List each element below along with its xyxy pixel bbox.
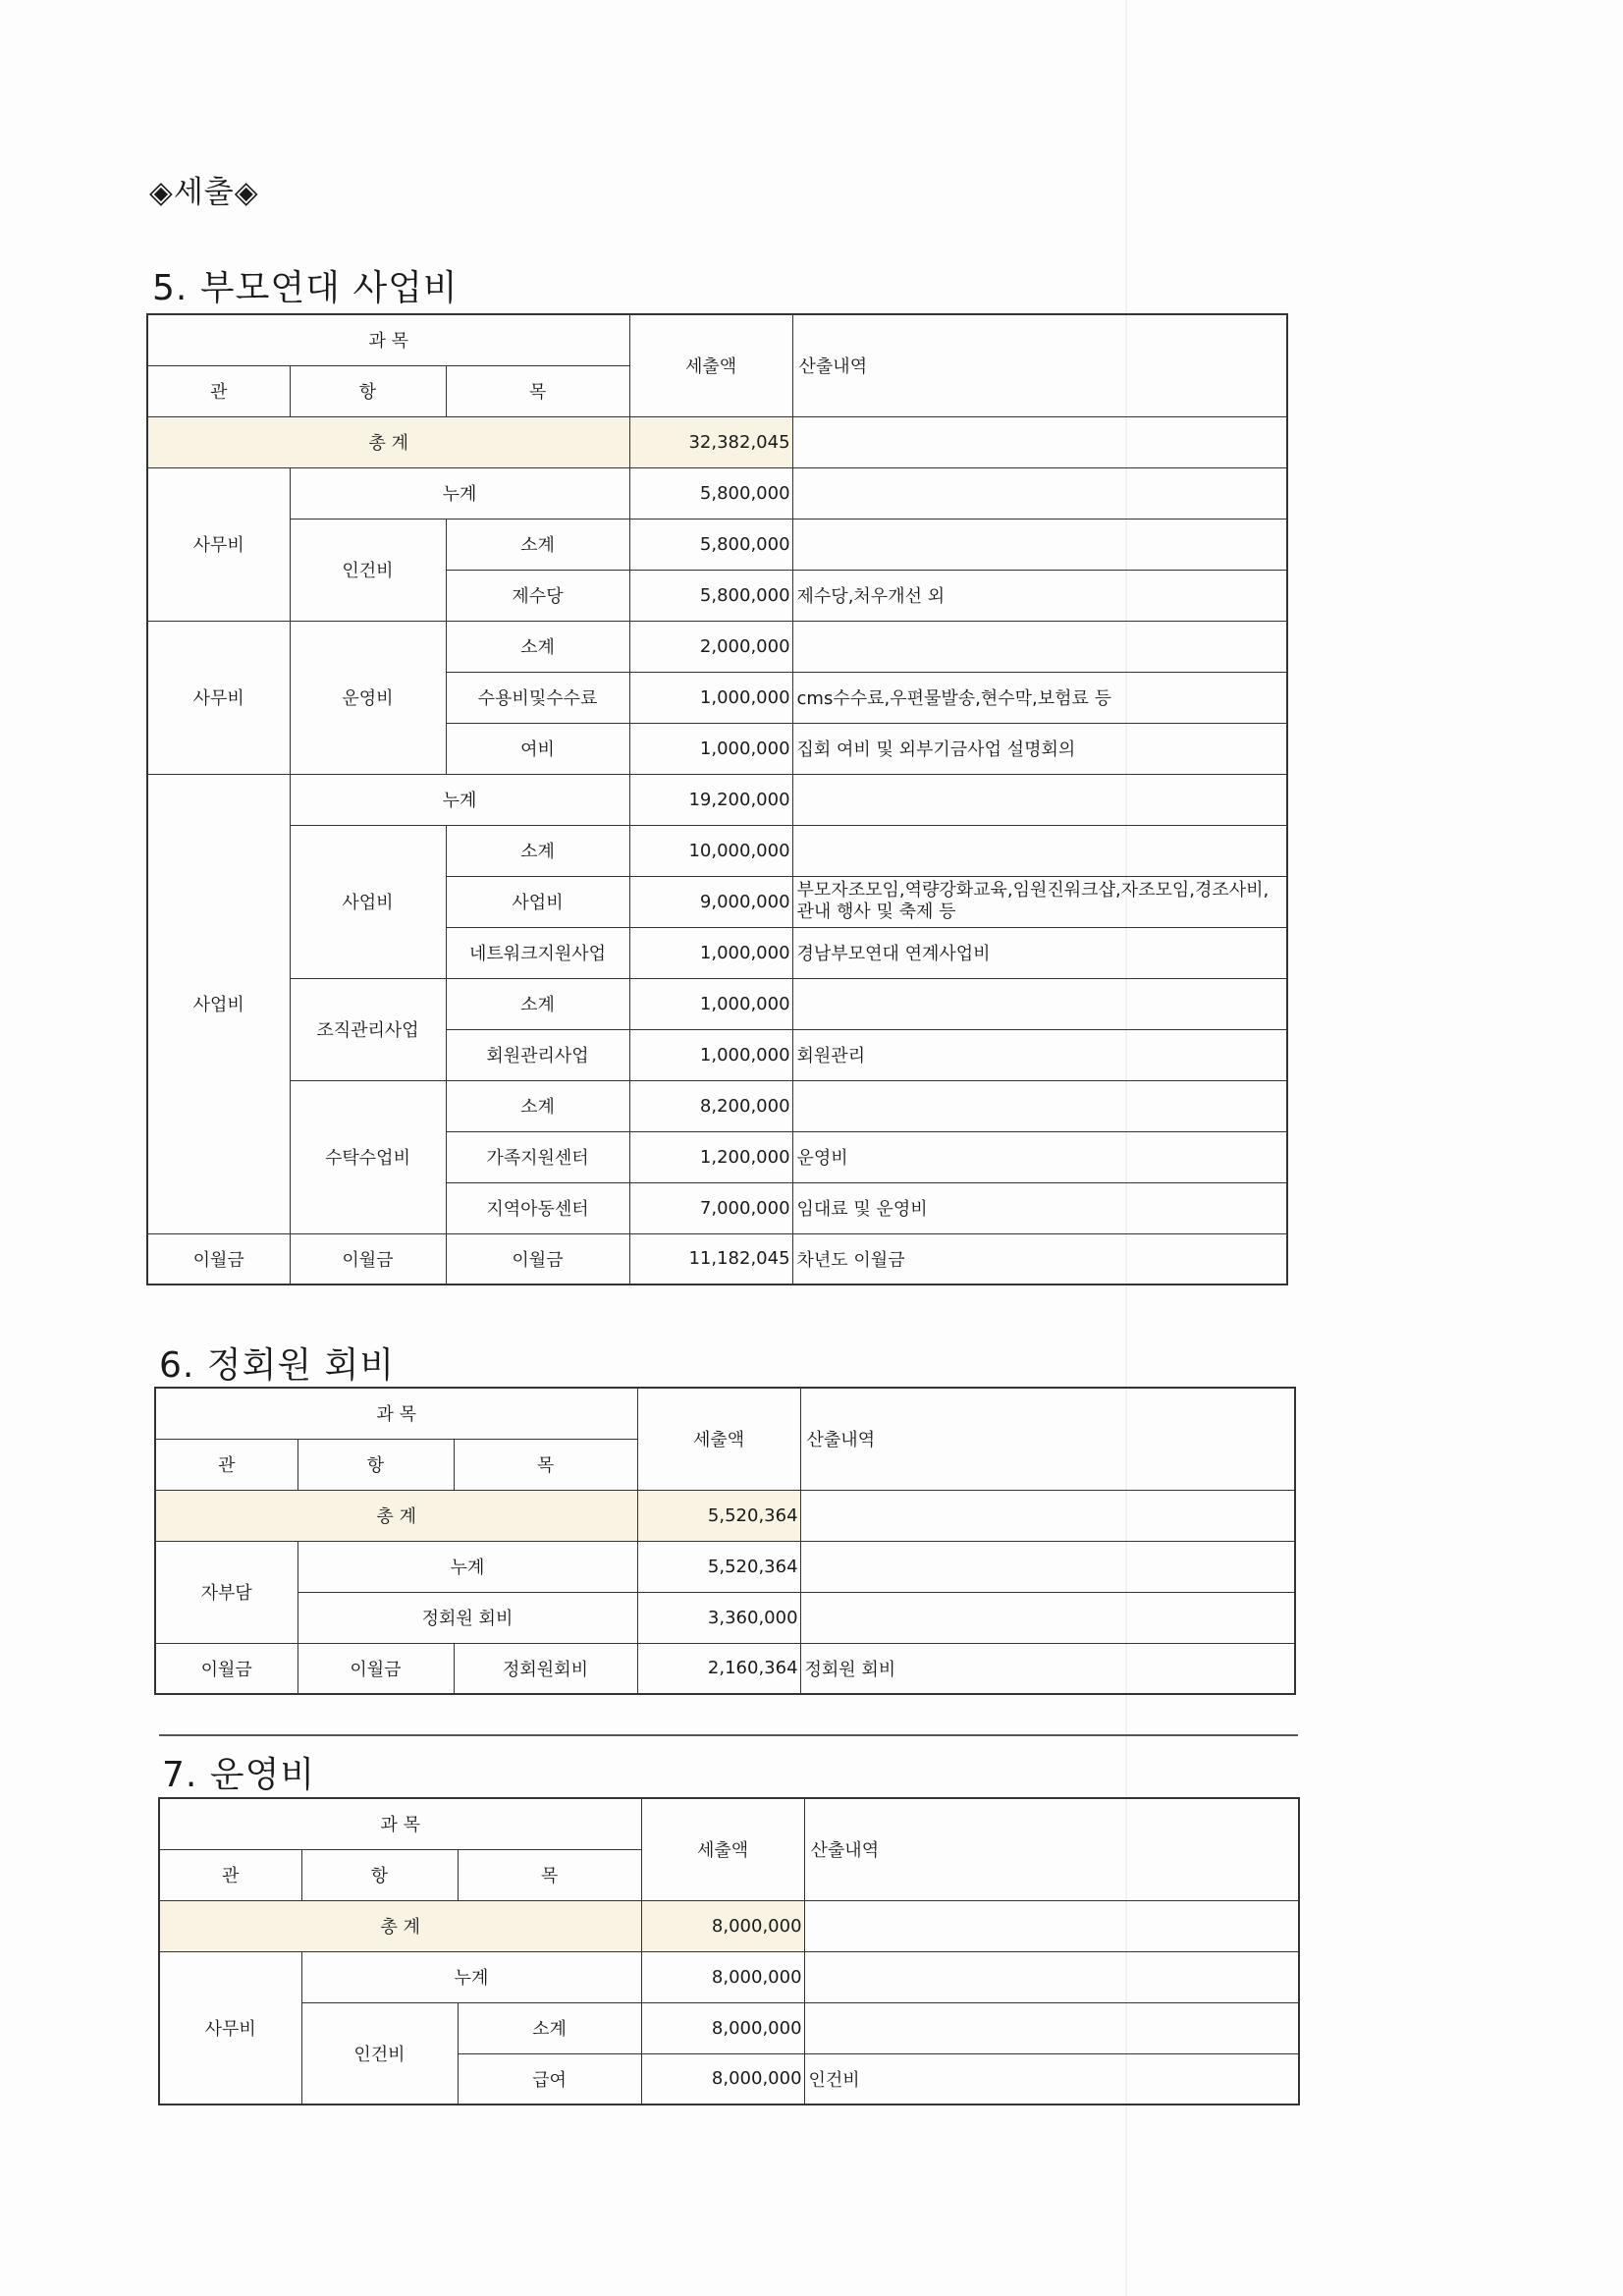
amount-cell: 1,000,000 — [629, 1029, 792, 1080]
note-cell — [800, 1541, 1295, 1592]
header-hang: 항 — [298, 1439, 454, 1490]
header-row: 과 목 세출액 산출내역 — [159, 1798, 1299, 1849]
mok-cell: 소계 — [446, 825, 629, 876]
amount-cell: 1,000,000 — [629, 672, 792, 723]
header-breakdown: 산출내역 — [800, 1388, 1295, 1490]
budget-table-6: 과 목 세출액 산출내역 관 항 목 총 계 5,520,364 자부담 누계 … — [154, 1387, 1296, 1695]
gwan-cell: 이월금 — [155, 1643, 298, 1694]
hang-cell: 인건비 — [290, 519, 446, 621]
gwan-cell: 이월금 — [147, 1233, 290, 1285]
nugye-label: 누계 — [301, 1951, 641, 2002]
mok-cell: 소계 — [446, 519, 629, 570]
table-row: 수탁수업비 소계 8,200,000 — [147, 1080, 1287, 1131]
header-mok: 목 — [458, 1849, 641, 1900]
mok-cell: 지역아동센터 — [446, 1182, 629, 1233]
mok-cell: 소계 — [446, 978, 629, 1029]
total-note — [792, 416, 1287, 467]
budget-table-7: 과 목 세출액 산출내역 관 항 목 총 계 8,000,000 사무비 누계 … — [158, 1797, 1300, 2105]
total-note — [804, 1900, 1299, 1951]
mok-cell: 이월금 — [446, 1233, 629, 1285]
total-row: 총 계 8,000,000 — [159, 1900, 1299, 1951]
amount-cell: 9,000,000 — [629, 876, 792, 927]
note-cell — [804, 2002, 1299, 2053]
amount-cell: 7,000,000 — [629, 1182, 792, 1233]
section-title-6: 6. 정회원 회비 — [159, 1348, 395, 1384]
table-row: 정회원 회비 3,360,000 — [155, 1592, 1295, 1643]
note-cell: 임대료 및 운영비 — [792, 1182, 1287, 1233]
hang-cell: 운영비 — [290, 621, 446, 774]
nugye-amount: 19,200,000 — [629, 774, 792, 825]
note-cell — [792, 621, 1287, 672]
note-cell: 회원관리 — [792, 1029, 1287, 1080]
gwan-cell: 사무비 — [159, 1951, 301, 2105]
gwan-cell: 사무비 — [147, 621, 290, 774]
amount-cell: 1,200,000 — [629, 1131, 792, 1182]
mok-cell: 소계 — [446, 621, 629, 672]
header-amount: 세출액 — [629, 314, 792, 416]
nugye-amount: 5,800,000 — [629, 467, 792, 519]
header-breakdown: 산출내역 — [804, 1798, 1299, 1900]
table-row: 사업비 소계 10,000,000 — [147, 825, 1287, 876]
hang-cell: 인건비 — [301, 2002, 458, 2105]
header-amount: 세출액 — [641, 1798, 804, 1900]
header-row: 과 목 세출액 산출내역 — [147, 314, 1287, 365]
total-label: 총 계 — [159, 1900, 641, 1951]
note-cell — [792, 774, 1287, 825]
amount-cell: 1,000,000 — [629, 978, 792, 1029]
note-cell: 경남부모연대 연계사업비 — [792, 927, 1287, 978]
amount-cell: 8,200,000 — [629, 1080, 792, 1131]
note-cell: 인건비 — [804, 2053, 1299, 2105]
header-hang: 항 — [301, 1849, 458, 1900]
note-cell: 차년도 이월금 — [792, 1233, 1287, 1285]
note-cell: 정회원 회비 — [800, 1643, 1295, 1694]
table-row: 인건비 소계 8,000,000 — [159, 2002, 1299, 2053]
expenditure-heading: ◈세출◈ — [149, 167, 259, 211]
note-cell — [800, 1592, 1295, 1643]
amount-cell: 11,182,045 — [629, 1233, 792, 1285]
header-gwan: 관 — [155, 1439, 298, 1490]
table-row: 자부담 누계 5,520,364 — [155, 1541, 1295, 1592]
section-divider — [159, 1734, 1298, 1736]
note-cell — [804, 1951, 1299, 2002]
hang-cell: 사업비 — [290, 825, 446, 978]
total-amount: 32,382,045 — [629, 416, 792, 467]
nugye-label: 누계 — [298, 1541, 637, 1592]
note-cell — [792, 519, 1287, 570]
total-amount: 8,000,000 — [641, 1900, 804, 1951]
header-amount: 세출액 — [637, 1388, 800, 1490]
mok-cell: 소계 — [446, 1080, 629, 1131]
amount-cell: 3,360,000 — [637, 1592, 800, 1643]
note-cell: 부모자조모임,역량강화교육,임원진워크샵,자조모임,경조사비,관내 행사 및 축… — [792, 876, 1287, 927]
mok-cell: 제수당 — [446, 570, 629, 621]
table-row: 조직관리사업 소계 1,000,000 — [147, 978, 1287, 1029]
header-hang: 항 — [290, 365, 446, 416]
note-cell: 제수당,처우개선 외 — [792, 570, 1287, 621]
table-row: 사업비 누계 19,200,000 — [147, 774, 1287, 825]
total-label: 총 계 — [147, 416, 629, 467]
header-subject: 과 목 — [159, 1798, 641, 1849]
budget-table-5: 과 목 세출액 산출내역 관 항 목 총 계 32,382,045 사무비 누계… — [146, 313, 1288, 1285]
amount-cell: 1,000,000 — [629, 723, 792, 774]
hang-cell: 수탁수업비 — [290, 1080, 446, 1233]
table-row: 이월금 이월금 정회원회비 2,160,364 정회원 회비 — [155, 1643, 1295, 1694]
header-breakdown: 산출내역 — [792, 314, 1287, 416]
header-mok: 목 — [446, 365, 629, 416]
mok-cell: 여비 — [446, 723, 629, 774]
note-cell — [792, 978, 1287, 1029]
amount-cell: 10,000,000 — [629, 825, 792, 876]
note-cell: 집회 여비 및 외부기금사업 설명회의 — [792, 723, 1287, 774]
mok-cell: 사업비 — [446, 876, 629, 927]
mok-cell: 네트워크지원사업 — [446, 927, 629, 978]
gwan-cell: 사무비 — [147, 467, 290, 621]
nugye-amount: 8,000,000 — [641, 1951, 804, 2002]
note-cell — [792, 825, 1287, 876]
header-mok: 목 — [454, 1439, 637, 1490]
amount-cell: 2,160,364 — [637, 1643, 800, 1694]
total-amount: 5,520,364 — [637, 1490, 800, 1541]
total-label: 총 계 — [155, 1490, 637, 1541]
table-row: 사무비 누계 5,800,000 — [147, 467, 1287, 519]
amount-cell: 5,800,000 — [629, 519, 792, 570]
hang-cell: 조직관리사업 — [290, 978, 446, 1080]
hang-cell: 이월금 — [298, 1643, 454, 1694]
header-row: 과 목 세출액 산출내역 — [155, 1388, 1295, 1439]
total-note — [800, 1490, 1295, 1541]
note-cell: cms수수료,우편물발송,현수막,보험료 등 — [792, 672, 1287, 723]
table-row: 이월금 이월금 이월금 11,182,045 차년도 이월금 — [147, 1233, 1287, 1285]
amount-cell: 5,800,000 — [629, 570, 792, 621]
amount-cell: 1,000,000 — [629, 927, 792, 978]
mok-cell: 급여 — [458, 2053, 641, 2105]
mok-cell: 가족지원센터 — [446, 1131, 629, 1182]
header-subject: 과 목 — [147, 314, 629, 365]
amount-cell: 2,000,000 — [629, 621, 792, 672]
merged-item-label: 정회원 회비 — [298, 1592, 637, 1643]
note-cell: 운영비 — [792, 1131, 1287, 1182]
total-row: 총 계 32,382,045 — [147, 416, 1287, 467]
header-gwan: 관 — [159, 1849, 301, 1900]
nugye-label: 누계 — [290, 774, 629, 825]
mok-cell: 소계 — [458, 2002, 641, 2053]
mok-cell: 회원관리사업 — [446, 1029, 629, 1080]
note-cell — [792, 1080, 1287, 1131]
total-row: 총 계 5,520,364 — [155, 1490, 1295, 1541]
gwan-cell: 사업비 — [147, 774, 290, 1233]
gwan-cell: 자부담 — [155, 1541, 298, 1643]
table-row: 사무비 누계 8,000,000 — [159, 1951, 1299, 2002]
header-gwan: 관 — [147, 365, 290, 416]
amount-cell: 8,000,000 — [641, 2002, 804, 2053]
table-row: 인건비 소계 5,800,000 — [147, 519, 1287, 570]
table-row: 사무비 운영비 소계 2,000,000 — [147, 621, 1287, 672]
nugye-amount: 5,520,364 — [637, 1541, 800, 1592]
note-cell — [792, 467, 1287, 519]
hang-cell: 이월금 — [290, 1233, 446, 1285]
section-title-5: 5. 부모연대 사업비 — [152, 271, 459, 306]
mok-cell: 정회원회비 — [454, 1643, 637, 1694]
section-title-7: 7. 운영비 — [162, 1758, 315, 1793]
amount-cell: 8,000,000 — [641, 2053, 804, 2105]
nugye-label: 누계 — [290, 467, 629, 519]
header-subject: 과 목 — [155, 1388, 637, 1439]
mok-cell: 수용비및수수료 — [446, 672, 629, 723]
